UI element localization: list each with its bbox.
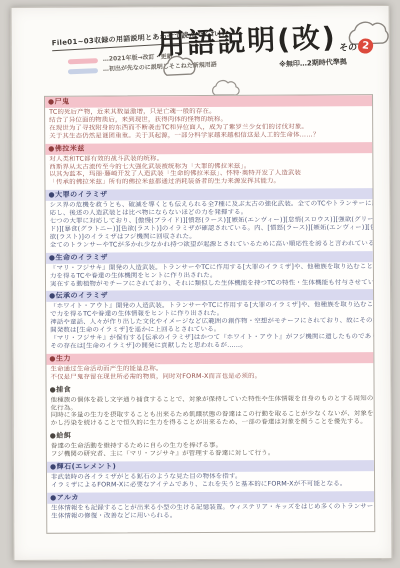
- term-section: ●佛拉米兹 对人类和TC都有效的战斗武装的统称。西斯界从太古流传至今的七大强化武…: [45, 142, 372, 187]
- term-line: 关于其生态仍然是谜团重重。关于其起源，一部分科学家越来越相信这是人工的生命体………: [45, 131, 372, 141]
- term-line: 全てのトランサーやTCが多かれ少なかれ持つ欲望が起源とされているために高い順応性…: [46, 240, 373, 250]
- scanned-page: File01~03収録の用語説明とあわせて読んでくれ!! …2021年版→改訂・…: [0, 0, 400, 568]
- paper-sheet: File01~03収録の用語説明とあわせて読んでくれ!! …2021年版→改訂・…: [11, 5, 393, 561]
- title-block: 用語説明(改)その2 ※無印…2期時代準拠: [153, 18, 373, 71]
- term-line: 生体情報の修復・改善などに用いられる。: [47, 511, 374, 521]
- term-name: ●アルカ: [50, 494, 79, 502]
- term-body: 对人类和TC都有效的战斗武装的统称。西斯界从太古流传至今的七大强化武装被统称为「…: [45, 153, 372, 187]
- term-section: ●捕食 他種族の個体を殺し文字通り捕食することで、対象が保持していた特性や生体情…: [47, 383, 374, 428]
- term-section: ●大罪のイラミザ シス界の危機を救うとも、破滅を導くとも伝えられる全7種に及ぶ太…: [46, 188, 373, 249]
- legend-swatch: [68, 58, 98, 64]
- term-line: 実在する動植物がモチーフにされており、それに類似した生体機能を持つTCの特性・生…: [46, 279, 373, 289]
- term-name: ●佛拉米兹: [48, 144, 85, 152]
- term-body: 他種族の個体を殺し文字通り捕食することで、対象が保持していた特性や生体情報を自身…: [47, 394, 374, 428]
- term-section: ●輝石(エレメント) 非武装時の各イラミザがとる鉱石のような見た目の物体を指す。…: [47, 460, 374, 490]
- term-section: ●伝承のイラミザ 『ホワイト・アウト』開発の人造武装。トランサーやTCに作用する…: [46, 290, 373, 351]
- term-name: ●給餌: [50, 432, 72, 440]
- term-line: 不仅是尸鬼存留在现世所必需的物质，同时对FORM-X而言也是必须的。: [46, 372, 373, 382]
- title-suffix: その: [339, 40, 358, 54]
- term-name: ●尸鬼: [48, 98, 70, 106]
- term-section: ●生命のイラミザ 『マリ・フジサキ』開発の人造武装。トランサーやTCに作用する[…: [46, 251, 373, 288]
- term-body: 『ホワイト・アウト』開発の人造武装。トランサーやTCに作用する[大罪のイラミザ]…: [46, 301, 373, 351]
- term-line: イラミザによるFORM-Xに必要なアイテムであり、これを失うと基本的にFORM-…: [47, 480, 374, 490]
- term-body: TC的死后产物，近来其数量激增，只是亡魂一般的存在。结合了异位面的物质后，来到现…: [45, 106, 372, 140]
- term-body: 生命通过生命活动而产生的能量总称。不仅是尸鬼存留在现世所必需的物质，同时对FOR…: [46, 363, 373, 382]
- page-title: 用語説明(改): [156, 16, 337, 63]
- term-name: ●大罪のイラミザ: [49, 191, 108, 199]
- term-name: ●伝承のイラミザ: [49, 292, 108, 300]
- term-body: シス界の危機を救うとも、破滅を導くとも伝えられる全7種に及ぶ太古の強化武装。全て…: [46, 199, 373, 249]
- term-name: ●生力: [49, 355, 71, 363]
- term-name: ●生命のイラミザ: [49, 253, 108, 261]
- term-line: その存在は[生命のイラミザ]の開発に貢献したと思われるが……。: [46, 341, 373, 351]
- title-number-badge: 2: [357, 38, 373, 54]
- term-body: 『マリ・フジサキ』開発の人造武装。トランサーやTCに作用する[大罪のイラミザ]や…: [46, 262, 373, 288]
- term-body: 眷達の生命活動を維持するために自らの生力を捧げる事。フジ機関の研究者、主に『マリ…: [47, 440, 374, 459]
- term-body: 生体情報をも記録することが出来る小型の生ける記憶装置。ウィステリア・キッズをはじ…: [47, 502, 374, 521]
- term-line: かし汚染を続けることで恒久的に生力を得ることが出来るため、一部の眷達は対象を飼う…: [47, 418, 374, 428]
- term-section: ●尸鬼 TC的死后产物，近来其数量激增，只是亡魂一般的存在。结合了异位面的物质后…: [45, 95, 372, 140]
- term-section: ●生力 生命通过生命活动而产生的能量总称。不仅是尸鬼存留在现世所必需的物质，同时…: [46, 352, 373, 382]
- term-section: ●給餌 眷達の生命活動を維持するために自らの生力を捧げる事。フジ機関の研究者、主…: [47, 429, 374, 459]
- terms-box: ●尸鬼 TC的死后产物，近来其数量激增，只是亡魂一般的存在。结合了异位面的物质后…: [44, 94, 375, 534]
- legend-swatch: [68, 68, 98, 74]
- term-name: ●輝石(エレメント): [50, 463, 116, 471]
- term-name: ●捕食: [50, 385, 72, 393]
- term-line: ド)][暴食(グラトニー)][色欲(ラスト)]のイラミザが確認されている。内、[…: [46, 224, 373, 234]
- term-body: 非武装時の各イラミザがとる鉱石のような見た目の物体を指す。イラミザによるFORM…: [47, 471, 374, 490]
- term-line: フジ機関の研究者、主に『マリ・フジサキ』が管理する眷達に対して行う。: [47, 449, 374, 459]
- term-section: ●アルカ 生体情報をも記録することが出来る小型の生ける記憶装置。ウィステリア・キ…: [47, 491, 374, 521]
- term-line: 「传承的佛拉米兹」所有的佛拉米兹都通过消耗装备者的生力来源发挥其能力。: [45, 177, 372, 187]
